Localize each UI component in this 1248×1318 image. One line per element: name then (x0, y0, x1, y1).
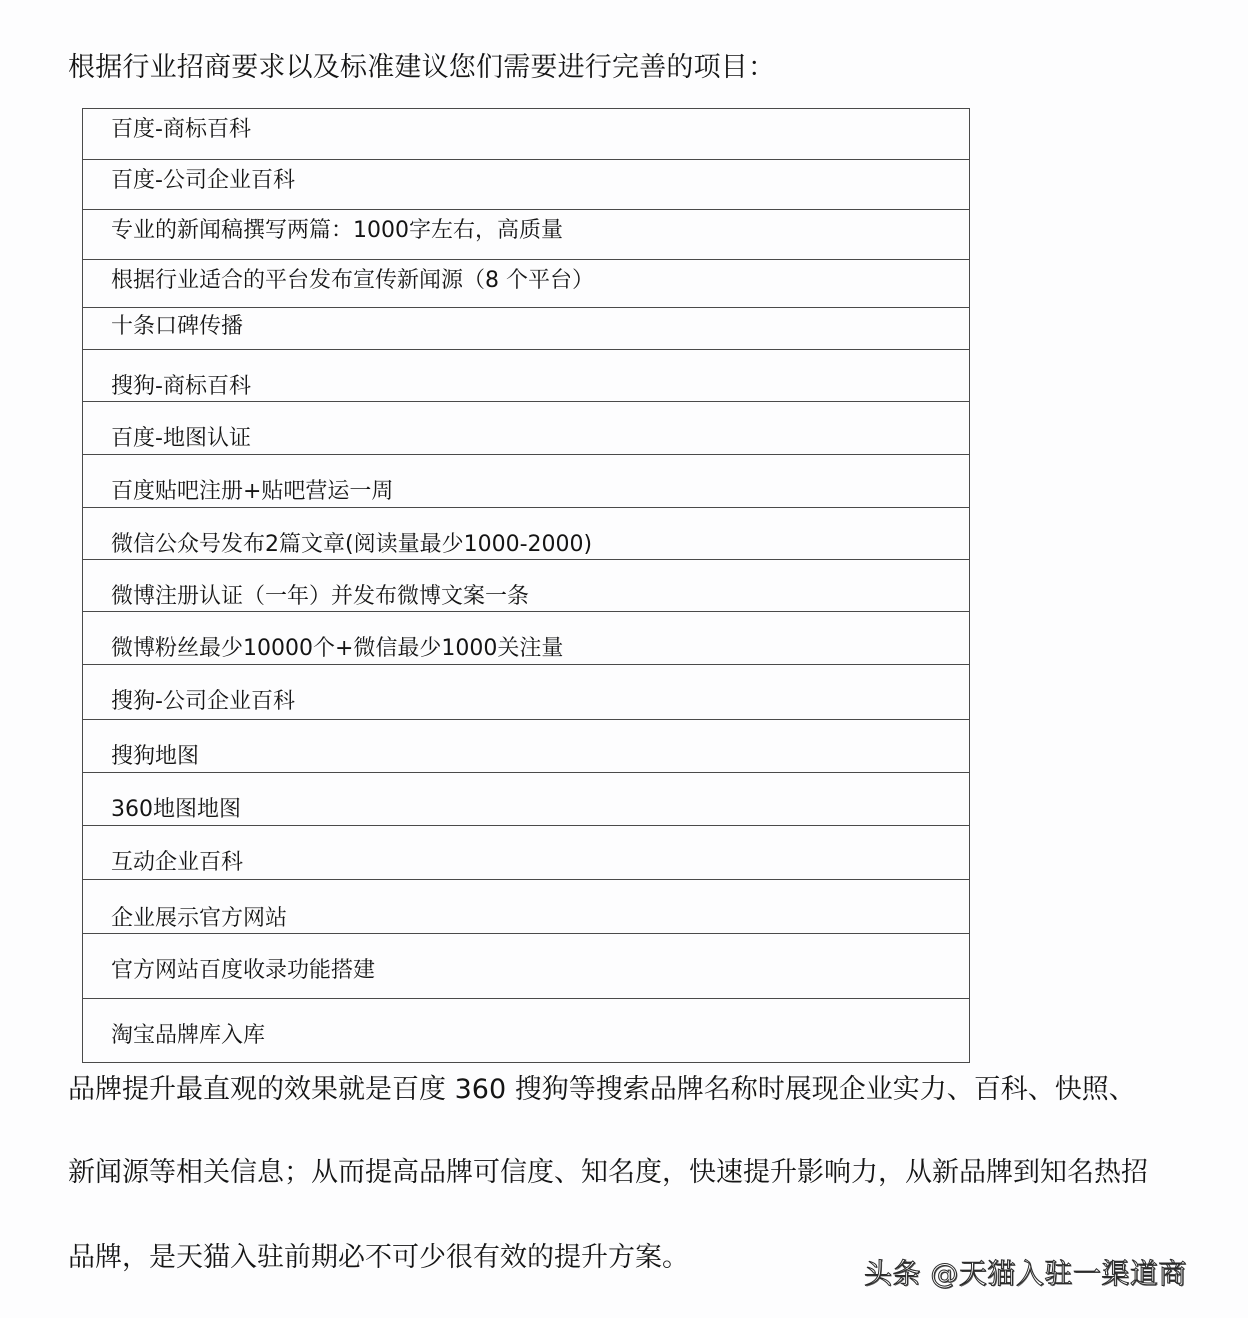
table-row: 搜狗-商标百科 (83, 349, 969, 401)
watermark: 头条 @天猫入驻一渠道商 (864, 1256, 1187, 1292)
table-row: 十条口碑传播 (83, 307, 969, 349)
table-row: 百度-公司企业百科 (83, 159, 969, 209)
row-label: 微博粉丝最少10000个+微信最少1000关注量 (111, 636, 563, 662)
row-label: 搜狗-商标百科 (111, 374, 251, 400)
table-row: 百度-商标百科 (83, 109, 969, 159)
row-label: 搜狗地图 (111, 744, 199, 770)
table-row: 360地图地图 (83, 772, 969, 825)
row-label: 360地图地图 (111, 797, 241, 823)
table-row: 微博注册认证（一年）并发布微博文案一条 (83, 559, 969, 611)
table-row: 互动企业百科 (83, 825, 969, 879)
row-label: 根据行业适合的平台发布宣传新闻源（8 个平台） (111, 268, 594, 294)
paragraph-line: 新闻源等相关信息；从而提高品牌可信度、知名度，快速提升影响力，从新品牌到知名热招 (68, 1155, 1148, 1191)
paragraph-line: 品牌提升最直观的效果就是百度 360 搜狗等搜索品牌名称时展现企业实力、百科、快… (68, 1072, 1136, 1108)
row-label: 微信公众号发布2篇文章(阅读量最少1000-2000) (111, 532, 592, 558)
paragraph-line: 品牌，是天猫入驻前期必不可少很有效的提升方案。 (68, 1240, 689, 1276)
table-row: 微信公众号发布2篇文章(阅读量最少1000-2000) (83, 507, 969, 559)
intro-heading: 根据行业招商要求以及标准建议您们需要进行完善的项目： (68, 50, 775, 86)
row-label: 互动企业百科 (111, 850, 243, 876)
table-row: 微博粉丝最少10000个+微信最少1000关注量 (83, 611, 969, 664)
table-row: 官方网站百度收录功能搭建 (83, 933, 969, 998)
table-row: 搜狗-公司企业百科 (83, 664, 969, 719)
table-row: 企业展示官方网站 (83, 879, 969, 933)
row-label: 搜狗-公司企业百科 (111, 689, 295, 715)
table-row: 专业的新闻稿撰写两篇：1000字左右，高质量 (83, 209, 969, 259)
table-row: 淘宝品牌库入库 (83, 998, 969, 1063)
row-label: 官方网站百度收录功能搭建 (111, 958, 375, 984)
table-row: 搜狗地图 (83, 719, 969, 772)
row-label: 微博注册认证（一年）并发布微博文案一条 (111, 584, 529, 610)
row-label: 企业展示官方网站 (111, 906, 287, 932)
table-row: 百度贴吧注册+贴吧营运一周 (83, 454, 969, 507)
row-label: 淘宝品牌库入库 (111, 1023, 265, 1049)
row-label: 百度-商标百科 (111, 117, 251, 143)
row-label: 专业的新闻稿撰写两篇：1000字左右，高质量 (111, 218, 563, 244)
row-label: 百度-公司企业百科 (111, 168, 295, 194)
table-row: 根据行业适合的平台发布宣传新闻源（8 个平台） (83, 259, 969, 307)
row-label: 百度贴吧注册+贴吧营运一周 (111, 479, 393, 505)
table-row: 百度-地图认证 (83, 401, 969, 454)
row-label: 十条口碑传播 (111, 314, 243, 340)
items-table: 百度-商标百科百度-公司企业百科专业的新闻稿撰写两篇：1000字左右，高质量根据… (82, 108, 970, 1063)
row-label: 百度-地图认证 (111, 426, 251, 452)
